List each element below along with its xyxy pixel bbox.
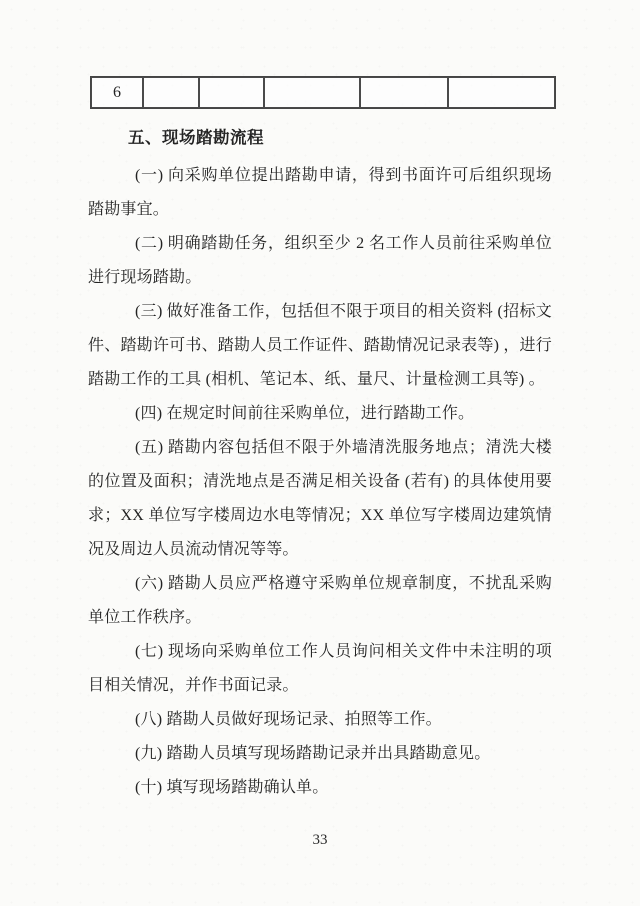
paragraph-1: (一) 向采购单位提出踏勘申请，得到书面许可后组织现场踏勘事宜。	[88, 159, 552, 227]
table-cell	[264, 77, 360, 108]
paragraph-10: (十) 填写现场踏勘确认单。	[88, 771, 552, 805]
table-cell	[143, 77, 199, 108]
body-text: 五、现场踏勘流程 (一) 向采购单位提出踏勘申请，得到书面许可后组织现场踏勘事宜…	[88, 121, 552, 805]
table-row: 6	[91, 77, 555, 108]
paragraph-5: (五) 踏勘内容包括但不限于外墙清洗服务地点；清洗大楼的位置及面积；清洗地点是否…	[88, 431, 552, 567]
table-cell: 6	[91, 77, 143, 108]
paragraph-7: (七) 现场向采购单位工作人员询问相关文件中未注明的项目相关情况，并作书面记录。	[88, 635, 552, 703]
paragraph-3: (三) 做好准备工作，包括但不限于项目的相关资料 (招标文件、踏勘许可书、踏勘人…	[88, 295, 552, 397]
document-page: 6 五、现场踏勘流程 (一) 向采购单位提出踏勘申请，得到书面许可后组织现场踏勘…	[0, 0, 640, 906]
paragraph-8: (八) 踏勘人员做好现场记录、拍照等工作。	[88, 703, 552, 737]
section-heading: 五、现场踏勘流程	[88, 121, 552, 155]
table-cell	[360, 77, 448, 108]
paragraph-4: (四) 在规定时间前往采购单位，进行踏勘工作。	[88, 397, 552, 431]
data-table-fragment: 6	[90, 76, 556, 109]
table-cell	[199, 77, 264, 108]
paragraph-9: (九) 踏勘人员填写现场踏勘记录并出具踏勘意见。	[88, 737, 552, 771]
paragraph-6: (六) 踏勘人员应严格遵守采购单位规章制度，不扰乱采购单位工作秩序。	[88, 567, 552, 635]
paragraph-2: (二) 明确踏勘任务，组织至少 2 名工作人员前往采购单位进行现场踏勘。	[88, 227, 552, 295]
page-number: 33	[0, 832, 640, 849]
table-cell	[448, 77, 555, 108]
